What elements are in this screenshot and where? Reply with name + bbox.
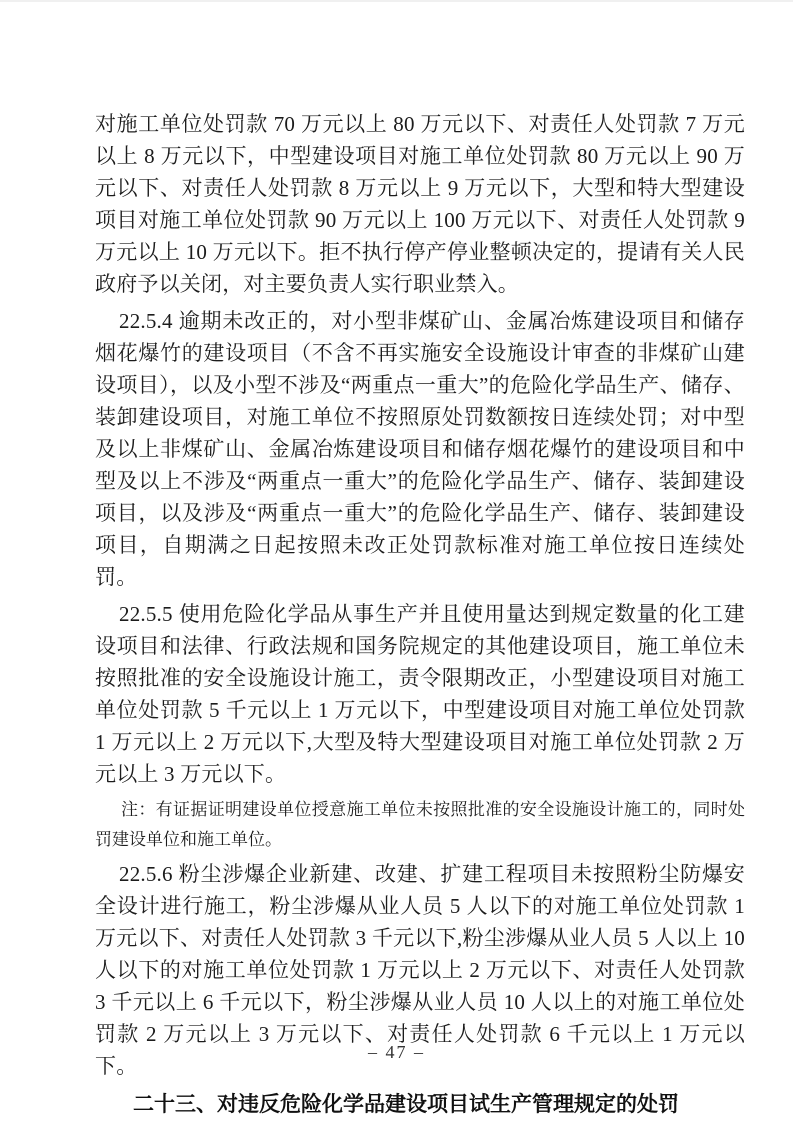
page-number: – 47 – — [0, 1042, 793, 1063]
text-block: 对施工单位处罚款 70 万元以上 80 万元以下、对责任人处罚款 7 万元以上 … — [95, 108, 745, 1121]
body-paragraph: 22.5.5 使用危险化学品从事生产并且使用量达到规定数量的化工建设项目和法律、… — [95, 598, 745, 790]
body-paragraph: 对施工单位处罚款 70 万元以上 80 万元以下、对责任人处罚款 7 万元以上 … — [95, 108, 745, 300]
body-paragraph: 22.5.4 逾期未改正的，对小型非煤矿山、金属冶炼建设项目和储存烟花爆竹的建设… — [95, 305, 745, 593]
document-page: 对施工单位处罚款 70 万元以上 80 万元以下、对责任人处罚款 7 万元以上 … — [0, 0, 793, 1122]
section-heading: 二十三、对违反危险化学品建设项目试生产管理规定的处罚 — [95, 1089, 745, 1121]
note-paragraph: 注：有证据证明建设单位授意施工单位未按照批准的安全设施设计施工的，同时处罚建设单… — [95, 795, 745, 855]
